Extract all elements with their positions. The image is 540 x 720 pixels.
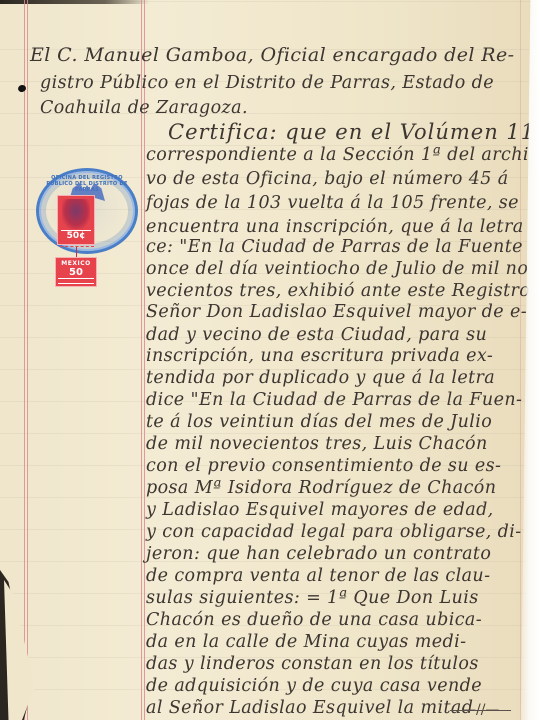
page-edge-shadow [0, 0, 150, 4]
text-line: posa Mª Isidora Rodríguez de Chacón [146, 478, 496, 498]
text-line: El C. Manuel Gamboa, Oficial encargado d… [30, 44, 514, 66]
text-line: dad y vecino de esta Ciudad, para su [146, 325, 487, 345]
text-line: Señor Don Ladislao Esquivel mayor de e- [146, 302, 527, 322]
text-line: con el previo consentimiento de su es- [146, 456, 501, 476]
revenue-stamp: MEXICO 50 [56, 258, 96, 286]
revenue-stamp: 50¢ [58, 196, 94, 244]
end-mark: —//— [462, 702, 499, 718]
text-line: encuentra una inscripción, que á la letr… [146, 217, 540, 237]
stamp-country: MEXICO [56, 260, 96, 267]
text-line: jeron: que han celebrado un contrato [146, 544, 491, 564]
text-line: vo de esta Oficina, bajo el número 45 á [146, 169, 509, 189]
text-line: inscripción, una escritura privada ex- [146, 346, 493, 366]
text-line: y con capacidad legal para obligarse, di… [146, 522, 522, 542]
text-line: de compra venta al tenor de las clau- [146, 566, 490, 586]
margin-rule [27, 0, 28, 720]
document-page: OFICINA DEL REGISTRO PÚBLICO DEL DISTRIT… [0, 0, 540, 720]
text-line: Chacón es dueño de una casa ubica- [146, 610, 482, 630]
text-line: da en la calle de Mina cuyas medi- [146, 632, 466, 652]
text-line: correspondiente a la Sección 1ª del arch… [146, 145, 535, 165]
stamp-perforation [60, 246, 94, 257]
text-line: das y linderos constan en los títulos [146, 654, 479, 674]
margin-rule [24, 0, 25, 720]
text-line: dice "En la Ciudad de Parras de la Fuen- [146, 390, 522, 410]
text-line: gistro Público en el Distrito de Parras,… [40, 73, 494, 93]
text-line: fojas de la 103 vuelta á la 105 frente, … [146, 193, 519, 213]
text-line: once del día veintiocho de Julio de mil … [146, 259, 535, 279]
text-line: al Señor Ladislao Esquivel la mitad [146, 698, 473, 718]
text-line: tendida por duplicado y que á la letra [146, 368, 495, 388]
text-line: te á los veintiun días del mes de Julio [146, 412, 492, 432]
text-line: Certifica: que en el Volúmen 11º [168, 120, 540, 144]
text-line: ce: "En la Ciudad de Parras de la Fuente… [146, 237, 540, 257]
text-line: de adquisición y de cuya casa vende [146, 676, 482, 696]
stamp-value: 50¢ [58, 231, 94, 241]
text-line: Coahuila de Zaragoza. [40, 98, 248, 118]
stamp-value: 50 [56, 267, 96, 278]
text-line: y Ladislao Esquivel mayores de edad, [146, 500, 494, 520]
text-line: de mil novecientos tres, Luis Chacón [146, 434, 488, 454]
text-line: sulas siguientes: = 1ª Que Don Luis [146, 588, 479, 608]
text-line: vecientos tres, exhibió ante este Regist… [146, 281, 540, 301]
margin-rule [520, 0, 521, 720]
portrait-icon [62, 199, 90, 229]
stamp-border [58, 278, 94, 284]
